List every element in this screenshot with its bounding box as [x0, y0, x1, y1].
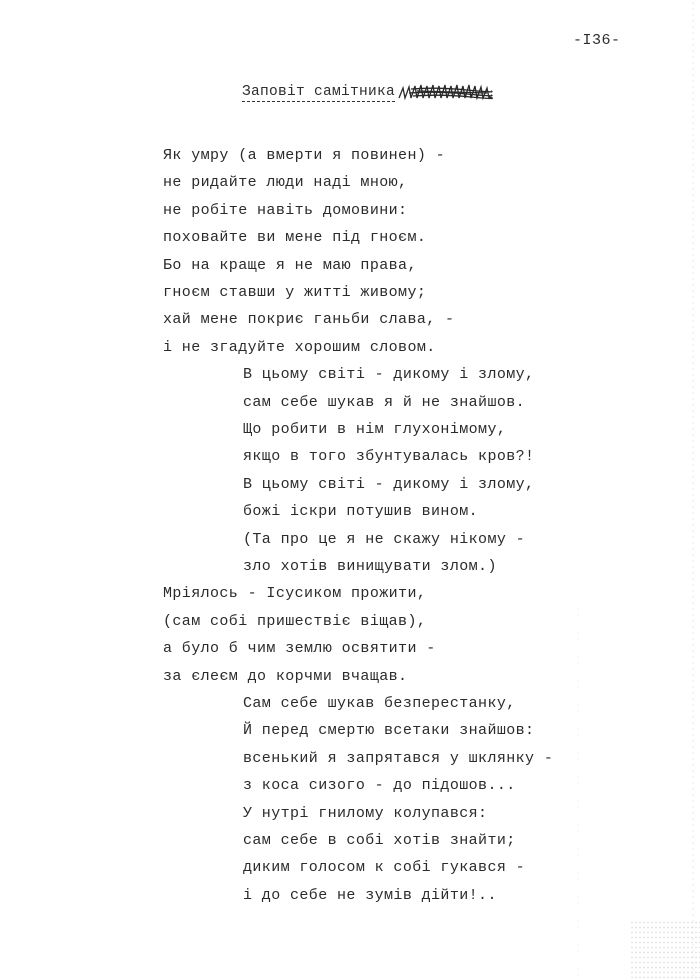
- poem-line: не ридайте люди наді мною,: [163, 174, 407, 192]
- poem-title: Заповіт самітника: [242, 84, 395, 102]
- poem-line: всенький я запрятався у шклянку -: [243, 750, 553, 768]
- scan-speckle: [630, 920, 700, 980]
- poem-line: божі іскри потушив вином.: [243, 503, 478, 521]
- poem-line: В цьому світі - дикому і злому,: [243, 366, 534, 384]
- poem-line: Як умру (а вмерти я повинен) -: [163, 147, 445, 165]
- poem-line: У нутрі гнилому колупався:: [243, 805, 487, 823]
- poem-line: Сам себе шукав безперестанку,: [243, 695, 516, 713]
- poem-line: і до себе не зумів дійти!..: [243, 887, 497, 905]
- poem-line: з коса сизого - до підошов...: [243, 777, 516, 795]
- scribble-strikeout-icon: [397, 83, 493, 101]
- poem-line: сам себе в собі хотів знайти;: [243, 832, 516, 850]
- document-page: -I36- Заповіт самітника Як умру (а вмерт…: [0, 0, 700, 980]
- title-block: Заповіт самітника: [242, 80, 493, 102]
- poem-line: зло хотів винищувати злом.): [243, 558, 497, 576]
- poem-line: хай мене покриє ганьби слава, -: [163, 311, 454, 329]
- poem-line: (сам собі пришествіє віщав),: [163, 613, 426, 631]
- poem-line: Бо на краще я не маю права,: [163, 257, 417, 275]
- poem-line: Мріялось - Ісусиком прожити,: [163, 585, 426, 603]
- poem-line: сам себе шукав я й не знайшов.: [243, 394, 525, 412]
- poem-line: Що робити в нім глухонімому,: [243, 421, 506, 439]
- poem-line: і не згадуйте хорошим словом.: [163, 339, 436, 357]
- poem-line: а було б чим землю освятити -: [163, 640, 436, 658]
- poem-line: В цьому світі - дикому і злому,: [243, 476, 534, 494]
- poem-line: (Та про це я не скажу нікому -: [243, 531, 525, 549]
- poem-line: диким голосом к собі гукався -: [243, 859, 525, 877]
- page-number: -I36-: [573, 32, 621, 49]
- scan-edge-noise-inner: [577, 600, 579, 980]
- poem-line: за єлеєм до корчми вчащав.: [163, 668, 407, 686]
- poem-line: не робіте навіть домовини:: [163, 202, 407, 220]
- poem-line: поховайте ви мене під гноєм.: [163, 229, 426, 247]
- scan-edge-noise: [692, 0, 694, 980]
- poem-line: гноєм ставши у житті живому;: [163, 284, 426, 302]
- poem-line: якщо в того збунтувалась кров?!: [243, 448, 534, 466]
- poem-line: Й перед смертю всетаки знайшов:: [243, 722, 534, 740]
